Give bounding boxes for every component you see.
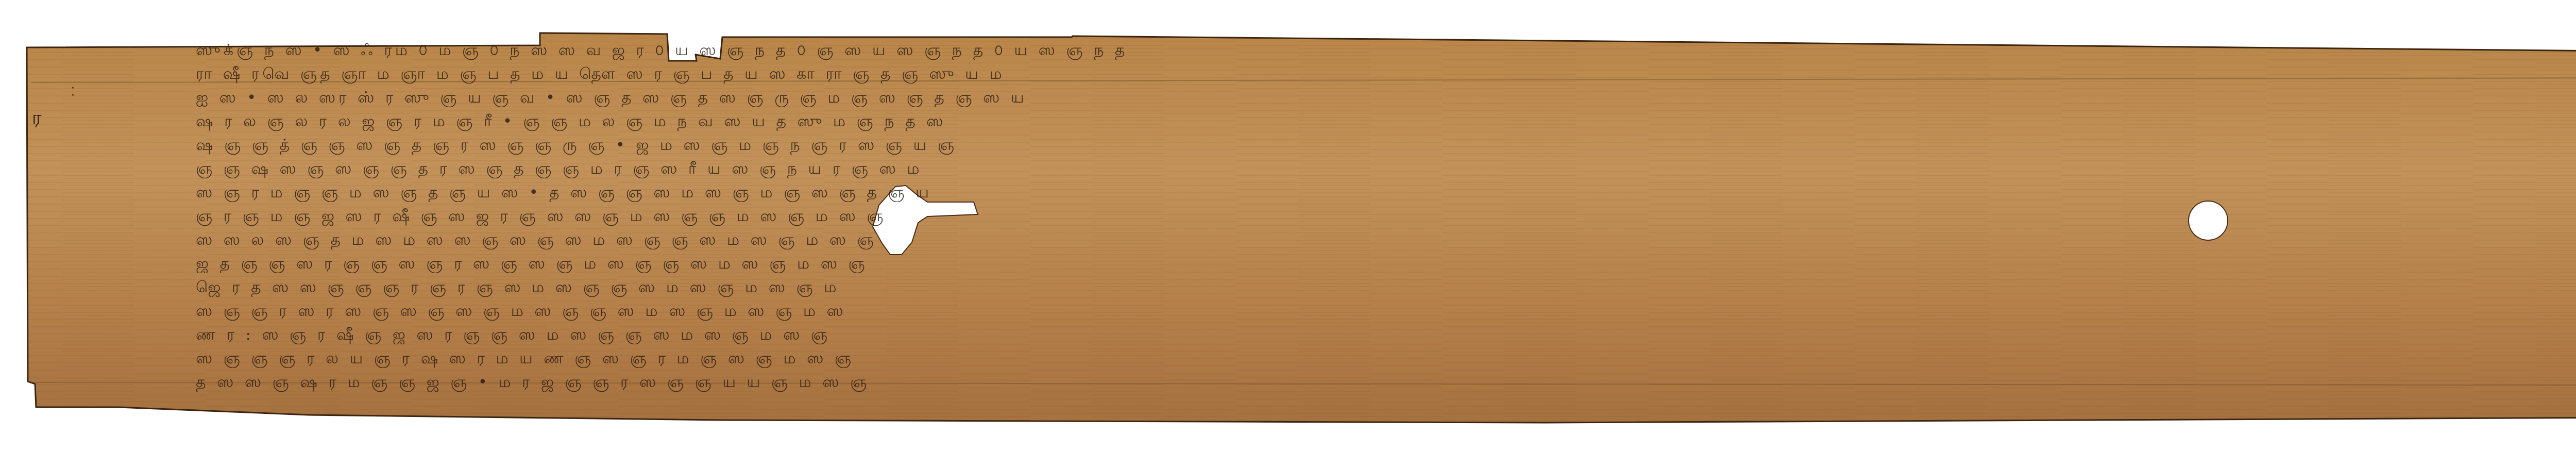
text-line: ஜெ ர த ஸ ஸ ஞ ஞ ஞ ர ஞ ர ஞ ஸ ம ஸ ஞ ஞ ஸ ம ஸ… [196,278,2576,297]
text-line: ஸ ஞ ஞ ர ஸ ர ஸ ஞ ஸ ஞ ஸ ஞ ம ஸ ஞ ஞ ஸ ம ஸ ஞ … [196,302,2576,321]
text-line: ஐ ஸ • ஸ ல ஸர ஸ் ர ஸு ஞ ய ஞ வ • ஸ ஞ த ஸ ஞ… [196,89,2576,107]
text-line: ஷ ர ல ஞ ல ர ல ஜ ஞ ர ம ஞ ரீ • ஞ ஞ ம ல ஞ ம… [196,112,2576,131]
text-line: ண ர : ஸ ஞ ர ஷீ ஞ ஜ ஸ ர ஞ ஞ ஸ ம ஸ ஞ ஞ ஸ ம… [196,326,2576,344]
text-line: ஷ ஞ ஞ த் ஞ ஞ ஸ ஞ த ஞ ர ஸ ஞ ஞ ரு ஞ • ஜ ம … [196,136,2576,155]
text-line: ஸ ஞ ஞ ஞ ர ல ய ஞ ர ஷ ஸ ர ம ய ண ஞ ஸ ஞ ர ம … [196,349,2576,368]
manuscript-text-block: ஸுக்ஞ ந ஸ • ஸ ஃ ரம ௦ ம ஞ ௦ ந ஸ ஸ வ ஜ ர ௦… [196,41,2576,392]
text-line: ரா ஷீ ரவெ ஞத ஞா ம ஞா ம ஞ ப த ம ய தௌ ஸ ர … [196,65,2576,83]
margin-folio-mark: ர [32,107,42,131]
text-line: த ஸ ஸ ஞ ஷ ர ம ஞ ஞ ஜ ஞ • ம ர ஜ ஞ ஞ ர ஸ ஞ … [196,373,2576,392]
text-line: ஞ ர ஞ ம ஞ ஜ ஸ ர ஷீ ஞ ஸ ஜ ர ஞ ஸ ஸ ஞ ம ஸ ஞ… [196,207,2576,226]
text-line: ஸுக்ஞ ந ஸ • ஸ ஃ ரம ௦ ம ஞ ௦ ந ஸ ஸ வ ஜ ர ௦… [196,41,2576,60]
text-line: ஜ த ஞ ஞ ஸ ர ஞ ஞ ஸ ஞ ர ஸ ஞ ஸ ஞ ம ஸ ஞ ஞ ஸ … [196,255,2576,273]
text-line: ஸ ஸ ல ஸ ஞ த ம ஸ ம ஸ ஸ ஞ ஸ ஞ ஸ ம ஸ ஞ ஞ ஸ … [196,231,2576,249]
text-line: ஸ ஞ ர ம ஞ ஞ ம ஸ ஞ த ஞ ய ஸ • த ஸ ஞ ஞ ஸ ம … [196,183,2576,202]
margin-dots: ·· [71,85,75,99]
text-line: ஞ ஞ ஷ ஸ ஞ ஸ ஞ ஞ த ர ஸ ஞ த ஞ ஞ ம ர ஞ ஸ ரீ… [196,160,2576,178]
